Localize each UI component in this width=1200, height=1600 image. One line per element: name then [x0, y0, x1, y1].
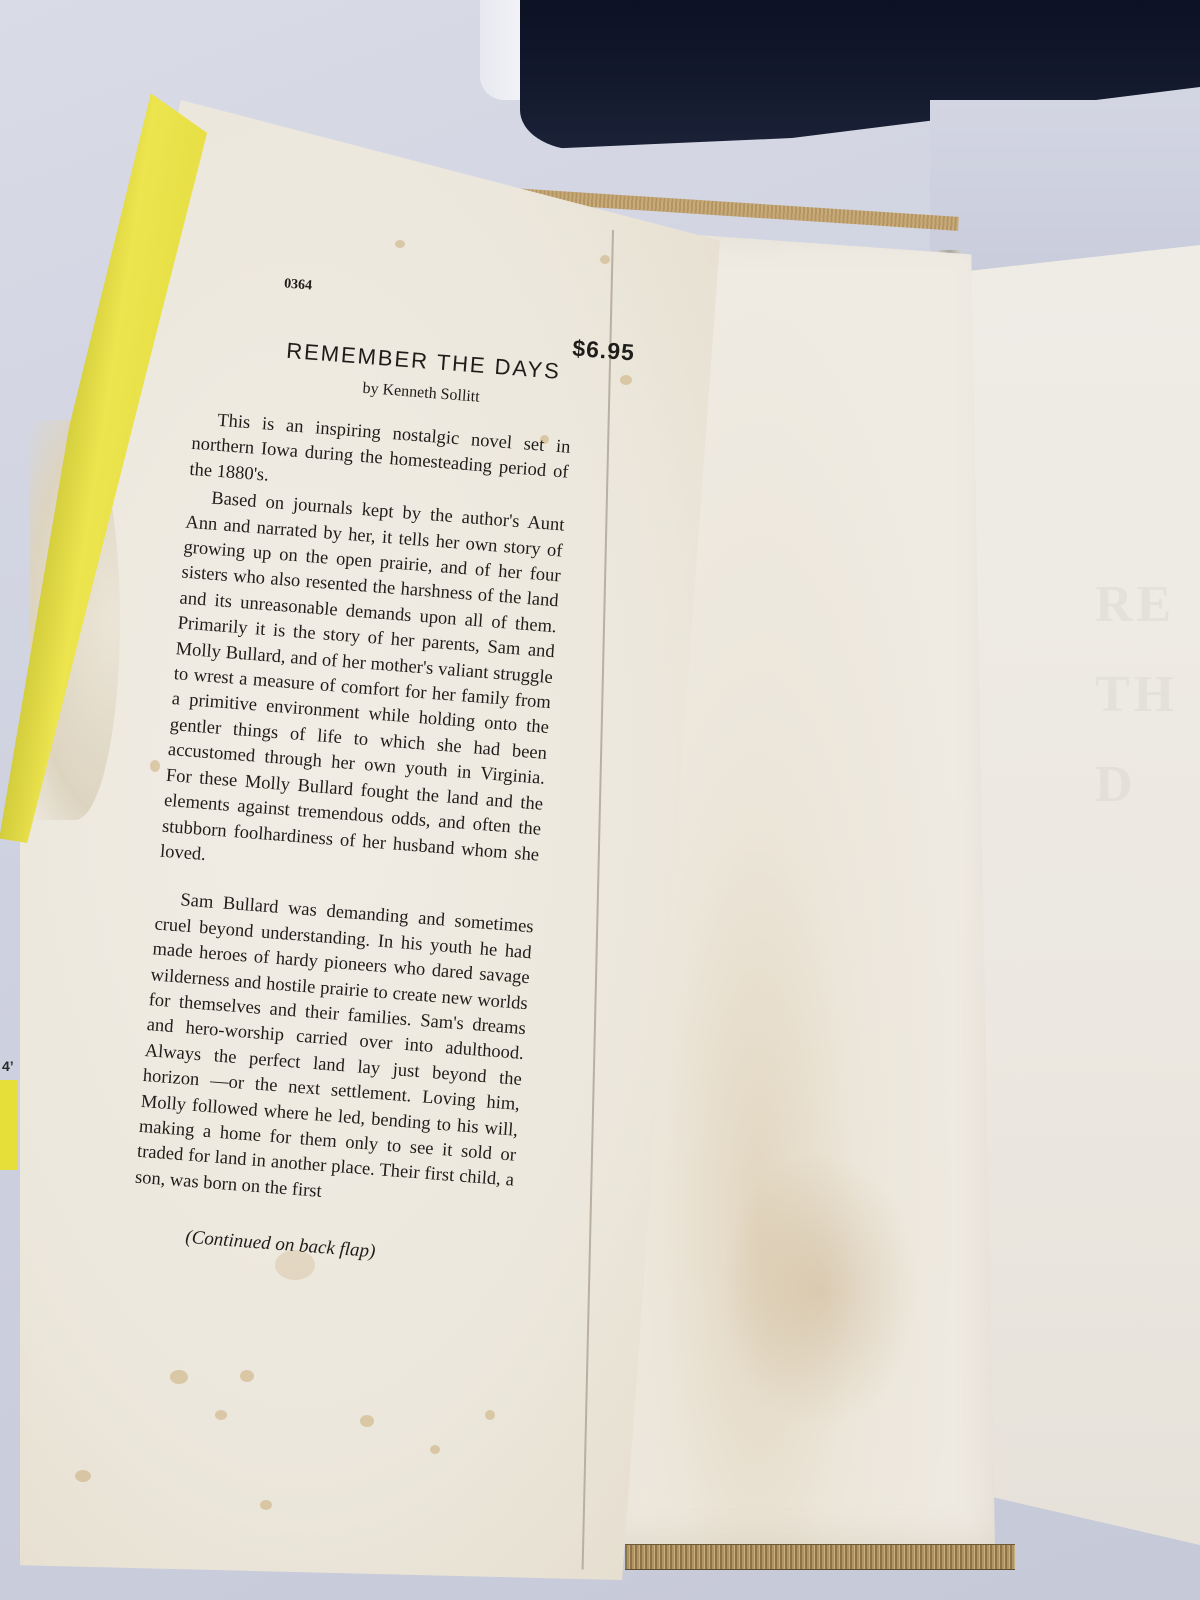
- spine-partial-mark: 4’: [2, 1058, 14, 1074]
- foxing-stain: [395, 240, 405, 248]
- foxing-stain: [260, 1500, 272, 1510]
- foxing-stain: [240, 1370, 254, 1382]
- dust-jacket-spine-yellow-lower: [0, 1080, 18, 1170]
- synopsis: This is an inspiring nostalgic novel set…: [134, 407, 571, 1220]
- foxing-stain: [75, 1470, 91, 1482]
- synopsis-paragraph: Based on journals kept by the author's A…: [159, 485, 565, 894]
- foxing-stain: [360, 1415, 374, 1427]
- foxing-stain: [485, 1410, 495, 1420]
- flap-copy: 0364 $6.95 REMEMBER THE DAYS by Kenneth …: [100, 268, 644, 1278]
- book-title-page: [968, 245, 1200, 1545]
- offset-ghost-text: RE TH D: [1095, 560, 1178, 830]
- book-board-bottom-edge: [625, 1544, 1015, 1570]
- synopsis-paragraph: Sam Bullard was demanding and some­times…: [134, 887, 534, 1220]
- endpaper-stain: [720, 1150, 920, 1430]
- foxing-stain: [600, 255, 610, 264]
- foxing-stain: [215, 1410, 227, 1420]
- foxing-stain: [430, 1445, 440, 1454]
- foxing-stain: [170, 1370, 188, 1384]
